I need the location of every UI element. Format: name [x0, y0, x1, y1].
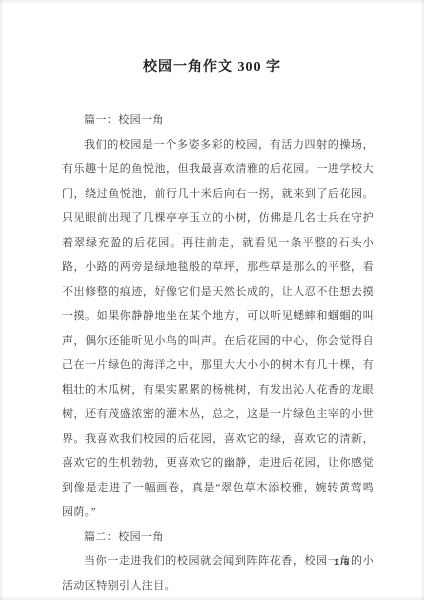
document-body: 篇一：校园一角 我们的校园是一个多姿多彩的校园，有活力四射的操场，有乐趣十足的鱼…	[62, 108, 374, 598]
document-page: 校园一角作文 300 字 篇一：校园一角 我们的校园是一个多姿多彩的校园，有活力…	[0, 0, 424, 600]
essay-paragraph-1: 我们的校园是一个多姿多彩的校园，有活力四射的操场，有乐趣十足的鱼悦池，但我最喜欢…	[62, 133, 374, 525]
page-number-indicator: 1/6	[334, 558, 350, 567]
section-heading-1: 篇一：校园一角	[62, 108, 374, 133]
essay-paragraph-2: 当你一走进我们的校园就会闻到阵阵花香，校园一角的小活动区特别引人注目。	[62, 549, 374, 598]
section-heading-2: 篇二：校园一角	[62, 525, 374, 550]
document-title: 校园一角作文 300 字	[0, 0, 424, 76]
